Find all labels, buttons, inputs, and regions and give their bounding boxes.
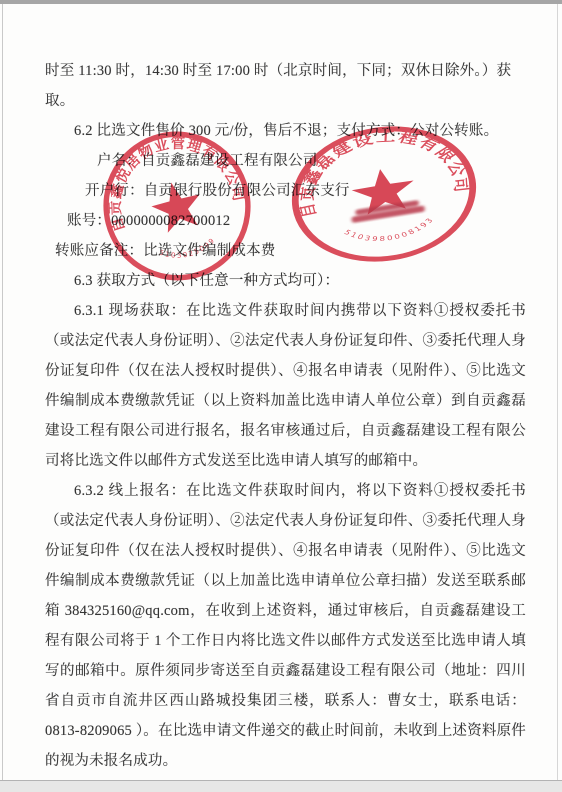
scan-edge-left [2, 4, 3, 780]
paragraph: 户名：自贡鑫磊建设工程有限公司 [97, 146, 526, 176]
scan-edge-bottom [0, 780, 562, 792]
paragraph: 6.3.1 现场获取：在比选文件获取时间内携带以下资料①授权委托书（或法定代表人… [45, 296, 526, 476]
scanned-document-page: 时至 11:30 时，14:30 时至 17:00 时（北京时间，下同；双休日除… [0, 0, 562, 792]
paragraph: 账号：0000000082700012 [67, 206, 526, 236]
paragraph: 开户行：自贡银行股份有限公司汇东支行 [85, 176, 526, 206]
paragraph: 6.2 比选文件售价 300 元/份，售后不退；支付方式：公对公转账。 [45, 116, 526, 146]
document-text: 时至 11:30 时，14:30 时至 17:00 时（北京时间，下同；双休日除… [45, 56, 526, 776]
paragraph: 转账应备注：比选文件编制成本费 [55, 236, 526, 266]
scan-edge-right [557, 4, 558, 780]
paragraph: 时至 11:30 时，14:30 时至 17:00 时（北京时间，下同；双休日除… [45, 56, 526, 116]
scan-edge-top [0, 0, 562, 4]
paragraph: 6.3 获取方式（以下任意一种方式均可）： [45, 266, 526, 296]
paragraph: 6.3.2 线上报名：在比选文件获取时间内，将以下资料①授权委托书（或法定代表人… [45, 476, 526, 776]
